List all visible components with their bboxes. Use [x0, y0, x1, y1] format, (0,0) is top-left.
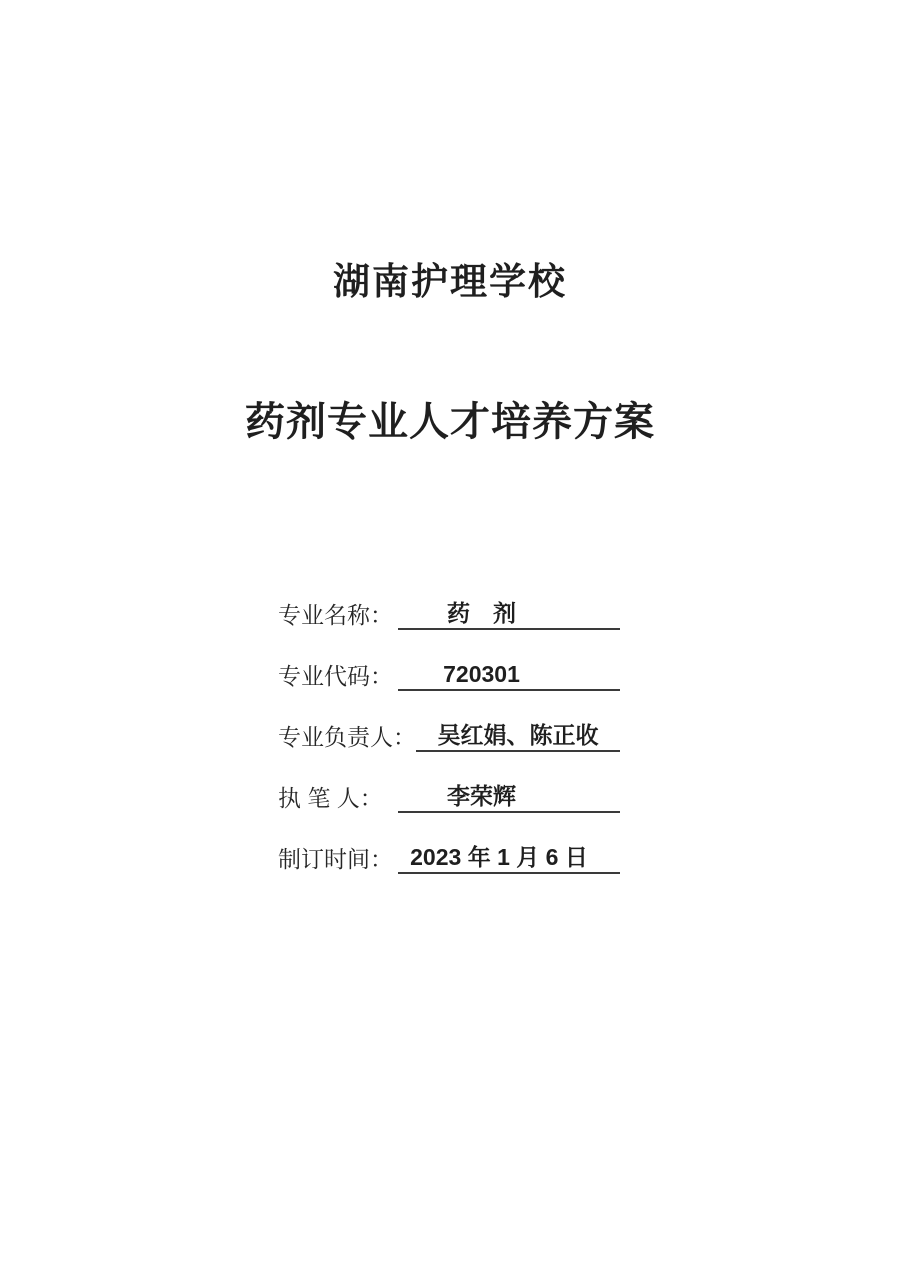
form-row-major-name: 专业名称： 药 剂	[278, 569, 620, 630]
form-row-date: 制订时间： 2023 年 1 月 6 日	[278, 813, 620, 874]
major-code-value: 720301	[443, 660, 520, 689]
major-leader-value: 吴红娟、陈正收	[438, 721, 599, 750]
major-leader-underline: 吴红娟、陈正收	[416, 720, 620, 752]
major-code-label: 专业代码：	[278, 662, 398, 691]
author-label: 执 笔 人：	[278, 784, 398, 813]
date-value: 2023 年 1 月 6 日	[410, 843, 588, 872]
major-code-underline: 720301	[398, 659, 620, 691]
form-row-author: 执 笔 人： 李荣辉	[278, 752, 620, 813]
program-title: 药剂专业人才培养方案	[0, 398, 900, 446]
document-cover-page: 湖南护理学校 药剂专业人才培养方案 专业名称： 药 剂 专业代码： 720301…	[0, 0, 900, 1272]
author-underline: 李荣辉	[398, 781, 620, 813]
date-underline: 2023 年 1 月 6 日	[398, 842, 620, 874]
major-name-value: 药 剂	[447, 599, 516, 628]
major-name-label: 专业名称：	[278, 601, 398, 630]
form-row-major-code: 专业代码： 720301	[278, 630, 620, 691]
major-leader-label: 专业负责人：	[278, 723, 416, 752]
form-row-major-leader: 专业负责人： 吴红娟、陈正收	[278, 691, 620, 752]
author-value: 李荣辉	[447, 782, 516, 811]
cover-info-form: 专业名称： 药 剂 专业代码： 720301 专业负责人： 吴红娟、陈正收 执 …	[278, 569, 620, 874]
major-name-underline: 药 剂	[398, 598, 620, 630]
school-title: 湖南护理学校	[0, 260, 900, 304]
date-label: 制订时间：	[278, 845, 398, 874]
